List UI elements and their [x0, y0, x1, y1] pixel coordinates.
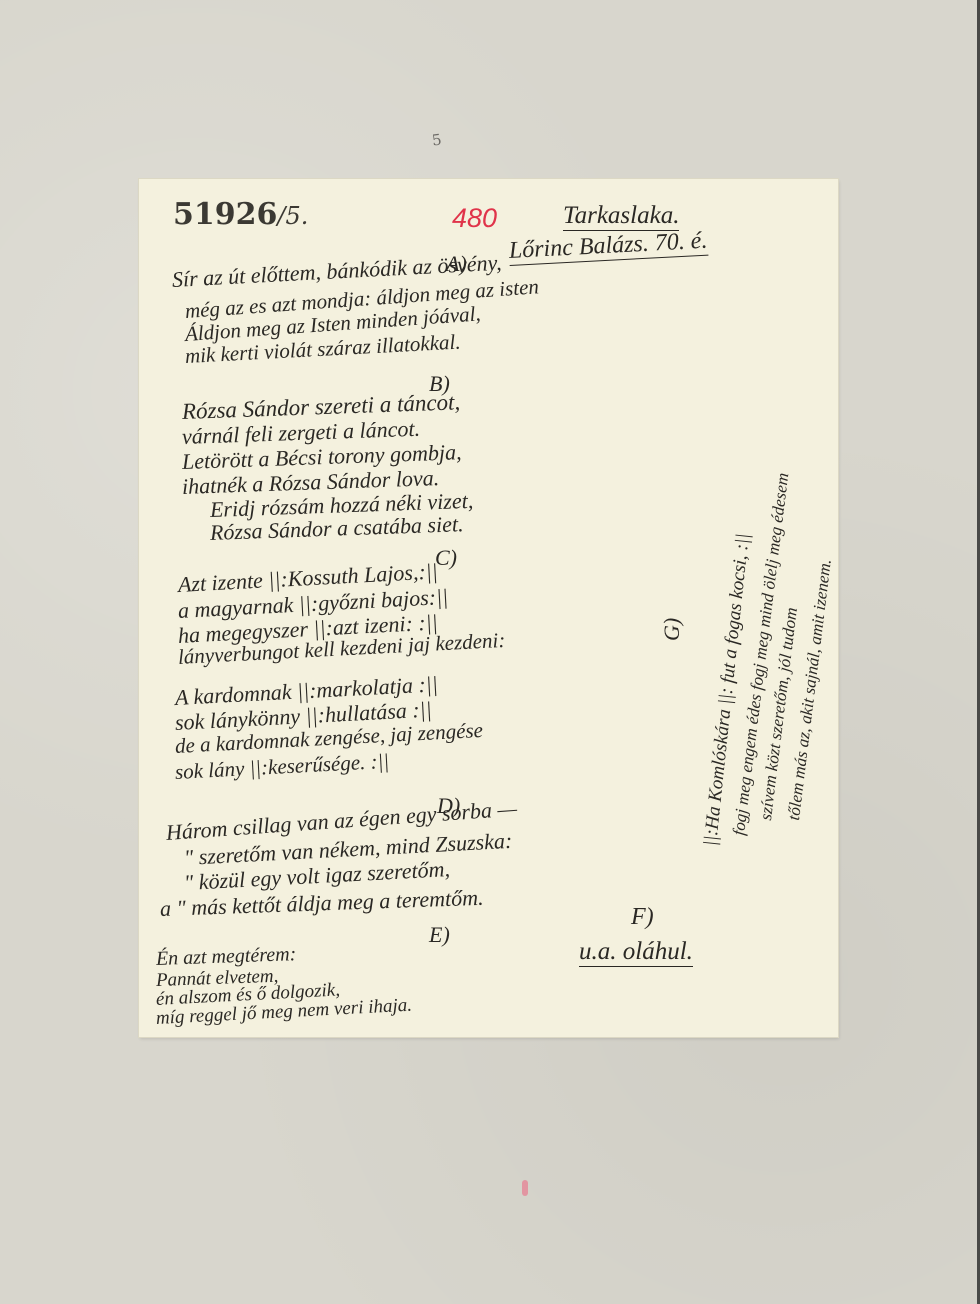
inventory-stamp: 51926/5. [173, 197, 308, 232]
verse-line: Rózsa Sándor a csatába siet. [210, 513, 464, 544]
mount-corner-mark: 5 [431, 130, 443, 149]
manuscript-sheet: 51926/5. 480 Tarkaslaka. A) Lőrinc Baláz… [139, 179, 838, 1037]
inventory-number: 51926 [173, 197, 277, 232]
section-e-label: E) [429, 924, 450, 946]
place-name: Tarkaslaka. [563, 203, 679, 231]
informant-name: Lőrinc Balázs. 70. é. [508, 229, 708, 266]
section-f-label: F) [631, 905, 654, 929]
pink-stain [522, 1180, 528, 1196]
section-c-label: C) [435, 547, 457, 569]
section-g-label: G) [659, 618, 685, 641]
inventory-suffix: /5. [277, 202, 308, 230]
red-catalog-number: 480 [452, 203, 497, 234]
section-f-note: u.a. oláhul. [579, 939, 693, 967]
